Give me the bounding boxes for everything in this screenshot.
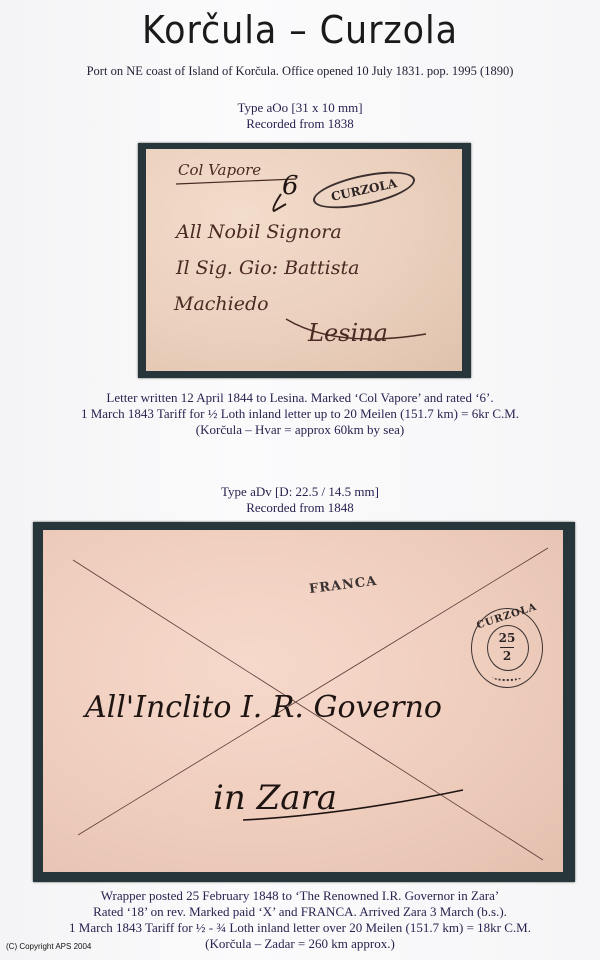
address-line-2: in Zara: [213, 778, 337, 818]
curzola-cds-postmark: CURZOLA 25 2: [471, 608, 543, 688]
description-line: 1 March 1843 Tariff for ½ Loth inland le…: [0, 406, 600, 422]
item-2-type-caption: Type aDv [D: 22.5 / 14.5 mm] Recorded fr…: [0, 484, 600, 516]
description-line: 1 March 1843 Tariff for ½ - ¾ Loth inlan…: [0, 920, 600, 936]
cover-1-mount: Col Vapore 6 CURZOLA All Nobil Signora I…: [138, 143, 471, 378]
item-1-description: Letter written 12 April 1844 to Lesina. …: [0, 390, 600, 438]
item-1-type-caption: Type aOo [31 x 10 mm] Recorded from 1838: [0, 100, 600, 132]
col-vapore-marking: Col Vapore: [178, 161, 261, 179]
postmark-month: 2: [472, 649, 542, 663]
address-line-4: Lesina: [308, 319, 388, 347]
type-label: Type aOo [31 x 10 mm]: [0, 100, 600, 116]
address-line-2: Il Sig. Gio: Battista: [176, 257, 359, 279]
page-subtitle: Port on NE coast of Island of Korčula. O…: [0, 64, 600, 79]
description-line: Wrapper posted 25 February 1848 to ‘The …: [0, 888, 600, 904]
type-label: Type aDv [D: 22.5 / 14.5 mm]: [0, 484, 600, 500]
address-line-3: Machiedo: [174, 293, 269, 315]
copyright-notice: (C) Copyright APS 2004: [6, 942, 91, 951]
page-title: Korčula – Curzola: [24, 8, 576, 52]
address-line-1: All'Inclito I. R. Governo: [85, 690, 442, 725]
address-line-1: All Nobil Signora: [176, 221, 342, 243]
postmark-day: 25: [472, 631, 542, 645]
cover-2-mount: FRANCA CURZOLA 25 2 All'Inclito I. R. Go…: [33, 522, 575, 882]
recorded-from: Recorded from 1838: [0, 116, 600, 132]
description-line: Rated ‘18’ on rev. Marked paid ‘X’ and F…: [0, 904, 600, 920]
cover-1-letter: Col Vapore 6 CURZOLA All Nobil Signora I…: [146, 149, 462, 371]
cover-2-wrapper: FRANCA CURZOLA 25 2 All'Inclito I. R. Go…: [43, 530, 563, 872]
description-line: Letter written 12 April 1844 to Lesina. …: [0, 390, 600, 406]
description-line: (Korčula – Hvar = approx 60km by sea): [0, 422, 600, 438]
recorded-from: Recorded from 1848: [0, 500, 600, 516]
rate-marking: 6: [282, 171, 299, 201]
